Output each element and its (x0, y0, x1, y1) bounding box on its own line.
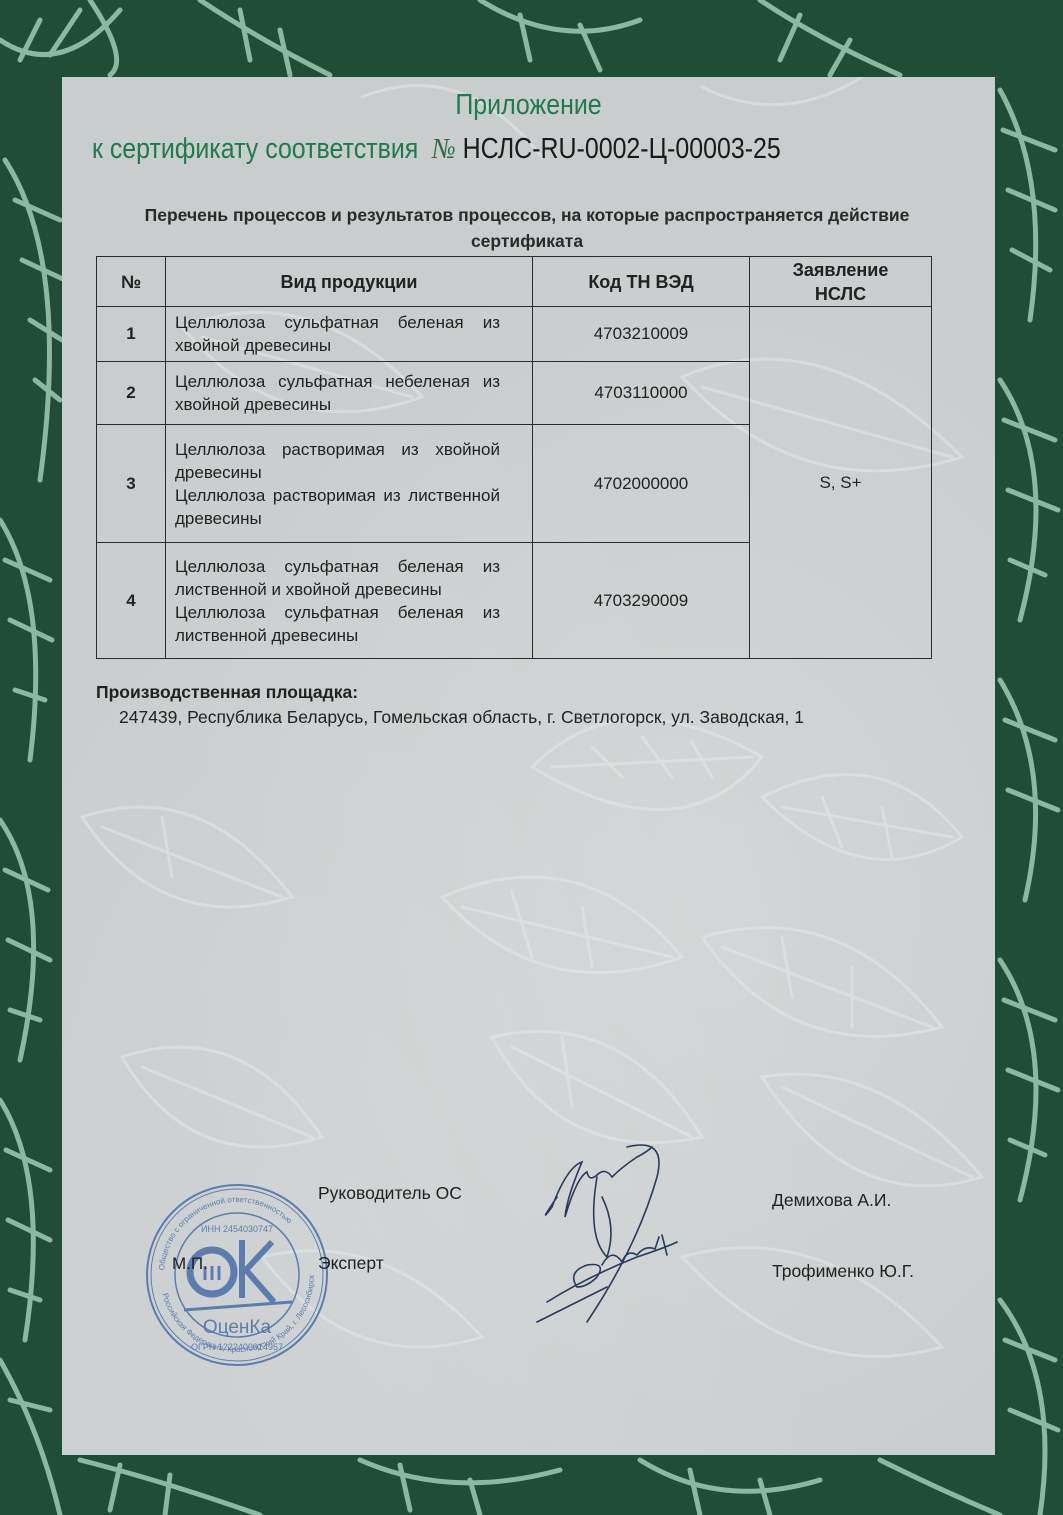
certificate-heading-prefix: к сертификату соответствия (92, 133, 418, 165)
row-number: 1 (97, 307, 166, 362)
table-row: 1 Целлюлоза сульфатная беленая из хвойно… (97, 307, 932, 362)
document-title: Приложение (127, 89, 929, 122)
product-name: Целлюлоза сульфатная небеленая из хвойно… (166, 366, 532, 420)
stamp-ogrn: ОГРН 1222400014957 (191, 1342, 283, 1352)
row-number: 3 (97, 425, 166, 543)
stamp-inn: ИНН 2454030747 (201, 1224, 273, 1234)
expert-role: Эксперт (318, 1253, 384, 1274)
tn-ved-code: 4703210009 (533, 307, 750, 362)
column-header-declaration-text: Заявление НСЛС (786, 258, 896, 306)
product-name: Целлюлоза сульфатная беленая из лиственн… (166, 601, 532, 651)
company-stamp: Общество с ограниченной ответственностью… (142, 1180, 332, 1370)
product-name: Целлюлоза сульфатная беленая из лиственн… (166, 551, 532, 601)
product-name: Целлюлоза растворимая из хвойной древеси… (166, 434, 532, 484)
stamp-place-label: М.П. (172, 1254, 208, 1274)
declaration-cell: S, S+ (750, 307, 932, 659)
products-table: № Вид продукции Код ТН ВЭД Заявление НСЛ… (96, 256, 932, 659)
product-cell: Целлюлоза сульфатная небеленая из хвойно… (166, 362, 533, 425)
row-number: 2 (97, 362, 166, 425)
column-header-number: № (97, 257, 166, 307)
production-site-label: Производственная площадка: (96, 682, 358, 703)
product-cell: Целлюлоза растворимая из хвойной древеси… (166, 425, 533, 543)
table-header-row: № Вид продукции Код ТН ВЭД Заявление НСЛ… (97, 257, 932, 307)
tn-ved-code: 4702000000 (533, 425, 750, 543)
head-role: Руководитель ОС (318, 1183, 462, 1204)
production-site-address: 247439, Республика Беларусь, Гомельская … (119, 707, 804, 728)
tn-ved-code: 4703110000 (533, 362, 750, 425)
signature-icon (527, 1137, 707, 1337)
column-header-code: Код ТН ВЭД (533, 257, 750, 307)
column-header-product: Вид продукции (166, 257, 533, 307)
column-header-declaration: Заявление НСЛС (750, 257, 932, 307)
product-name: Целлюлоза сульфатная беленая из хвойной … (166, 307, 532, 361)
expert-name: Трофименко Ю.Г. (772, 1261, 914, 1282)
head-name: Демихова А.И. (772, 1190, 891, 1211)
product-name: Целлюлоза растворимая из лиственной древ… (166, 484, 532, 534)
certificate-number: НСЛС-RU-0002-Ц-00003-25 (463, 133, 781, 165)
row-number: 4 (97, 543, 166, 659)
stamp-brand: ОценКа (203, 1317, 272, 1338)
product-cell: Целлюлоза сульфатная беленая из лиственн… (166, 543, 533, 659)
product-cell: Целлюлоза сульфатная беленая из хвойной … (166, 307, 533, 362)
scope-description: Перечень процессов и результатов процесс… (102, 202, 952, 254)
certificate-page: Приложение к сертификату соответствия № … (62, 77, 995, 1455)
certificate-heading: к сертификату соответствия № НСЛС-RU-000… (92, 133, 781, 166)
number-sign: № (432, 133, 456, 165)
tn-ved-code: 4703290009 (533, 543, 750, 659)
